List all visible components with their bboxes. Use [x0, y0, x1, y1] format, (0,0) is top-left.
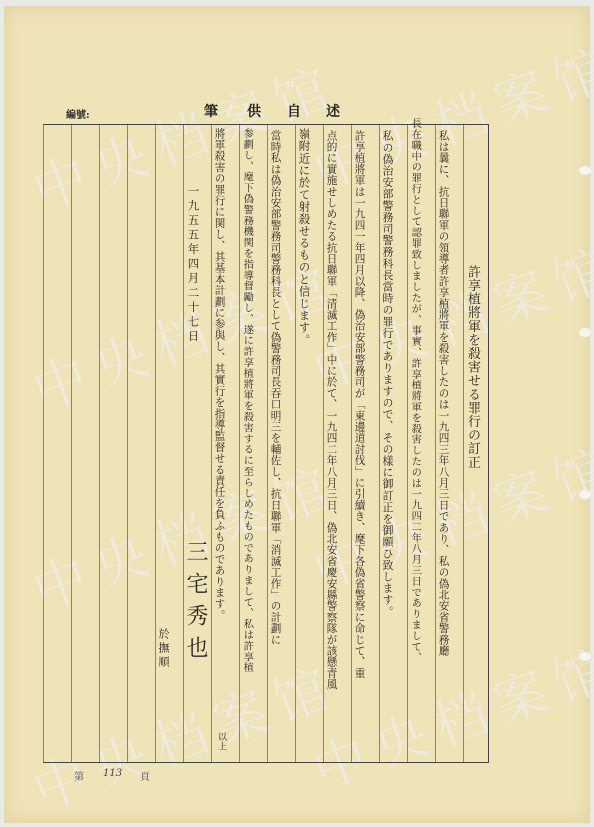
ruled-writing-grid	[43, 124, 489, 763]
body-column-9: 將軍殺害の罪行に関し、其基本計劃に参與し、其實行を指導監督せる責任を負ふものであ…	[214, 128, 225, 621]
closing-remark: 以上	[216, 732, 225, 751]
date: 一九五五年四月二十七日	[187, 185, 199, 345]
punch-hole	[579, 652, 591, 661]
page-prefix: 第	[74, 768, 84, 783]
location: 於撫順	[158, 628, 169, 670]
page-suffix: 頁	[140, 768, 150, 783]
punch-hole	[579, 490, 591, 499]
body-column-8: 参劃し、麾下偽警務機関を指導督勵し、遂に許享植將軍を殺害するに至らしめたものであ…	[242, 128, 252, 673]
body-column-3: 私の偽治安部警務司警務科長當時の罪行でありますので、その樣に御訂正を御願ひ致しま…	[382, 130, 393, 617]
form-title-char: 供	[247, 101, 261, 121]
signature: 三宅秀也	[184, 540, 206, 668]
body-column-2: 長在職中の罪行として認罪致しましたが、事實、許享植將軍を殺害したのは一九四二年八…	[410, 118, 420, 663]
body-column-5: 点的に實施せしめたる抗日聯軍「清滅工作」中に於て、一九四二年八月三日、偽北安省慶…	[326, 130, 337, 690]
serial-number-label: 編號:	[66, 106, 90, 121]
document-title: 許享植將軍を殺害せる罪行の訂正	[466, 265, 479, 469]
form-title-char: 述	[326, 101, 340, 121]
page-number: 113	[103, 768, 122, 779]
punch-hole	[579, 166, 591, 175]
punch-hole	[579, 328, 591, 337]
body-column-4: 許享植將軍は一九四一年四月以降、偽治安部警務司が「東邊道討伐」に引續き、麾下各偽…	[354, 130, 365, 679]
form-title-char: 筆	[204, 101, 218, 121]
form-title-char: 自	[287, 101, 301, 121]
body-column-1: 私は曩に、抗日聯軍の領導者許享植將軍を殺害したのは一九四三年八月三日であり、私の…	[438, 130, 449, 656]
body-column-6: 嶺附近に於て射殺せるものと信じます。	[298, 128, 310, 346]
body-column-7: 當時私は偽治安部警務司警務科長として偽警務司長吞口明三を輔佐し、抗日聯軍「消滅工…	[270, 130, 281, 645]
